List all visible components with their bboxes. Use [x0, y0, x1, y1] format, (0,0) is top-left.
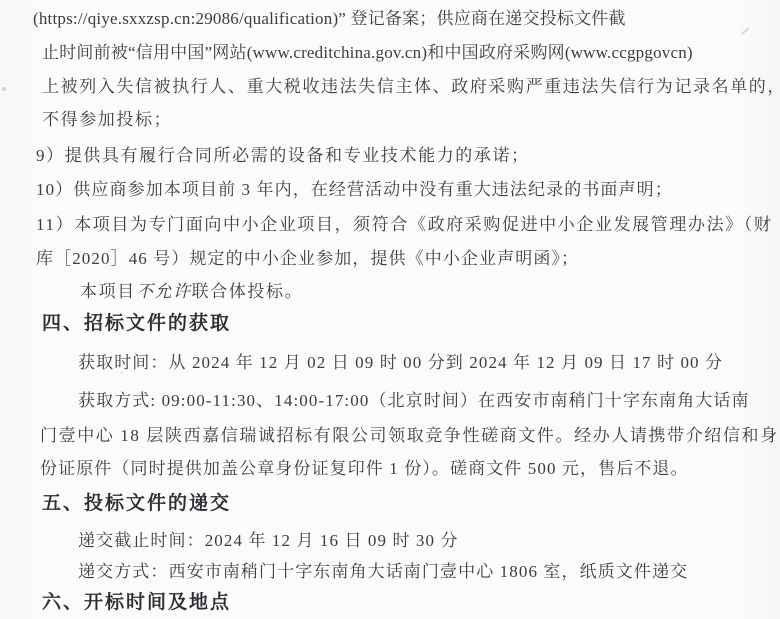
- doc-line-obtain-time: 获取时间：从 2024 年 12 月 02 日 09 时 00 分到 2024 …: [78, 351, 723, 374]
- doc-line-blacklist: 上被列入失信被执行人、重大税收违法失信主体、政府采购严重违法失信行为记录名单的，: [42, 75, 780, 98]
- doc-line-credit-websites: 止时间前被“信用中国”网站(www.creditchina.gov.cn)和中国…: [42, 41, 693, 64]
- doc-item-10: 10）供应商参加本项目前 3 年内，在经营活动中没有重大违法纪录的书面声明；: [36, 178, 673, 201]
- section-heading-bid-opening: 六、开标时间及地点: [42, 590, 231, 615]
- consortium-note-prefix: 本项目: [80, 282, 136, 301]
- doc-line-consortium-note: 本项目不允许联合体投标。: [80, 280, 303, 303]
- doc-line-obtain-method-2: 门壹中心 18 层陕西嘉信瑞诚招标有限公司领取竞争性磋商文件。经办人请携带介绍信…: [40, 424, 779, 447]
- doc-item-9: 9）提供具有履行合同所必需的设备和专业技术能力的承诺；: [36, 144, 530, 167]
- doc-item-11-line2: 库［2020］46 号）规定的中小企业参加，提供《中小企业声明函》；: [36, 247, 579, 270]
- section-heading-bid-submission: 五、投标文件的递交: [42, 491, 231, 516]
- section-heading-obtain-documents: 四、招标文件的获取: [42, 311, 231, 336]
- scan-speck: [120, 371, 123, 374]
- doc-line-submission-method: 递交方式：西安市南稍门十字东南角大话南门壹中心 1806 室，纸质文件递交: [78, 560, 688, 583]
- consortium-note-emphasis: 不允许: [136, 282, 192, 301]
- scanned-tender-document-page: (https://qiye.sxxzsp.cn:29086/qualificat…: [0, 0, 780, 619]
- consortium-note-suffix: 联合体投标。: [192, 282, 304, 301]
- doc-line-obtain-method-1: 获取方式: 09:00-11:30、14:00-17:00（北京时间）在西安市南…: [78, 389, 750, 412]
- scan-speck: [741, 27, 749, 34]
- doc-line-registration-url: (https://qiye.sxxzsp.cn:29086/qualificat…: [33, 7, 626, 30]
- doc-line-submission-deadline: 递交截止时间：2024 年 12 月 16 日 09 时 30 分: [78, 529, 459, 552]
- doc-item-11-line1: 11）本项目为专门面向中小企业项目，须符合《政府采购促进中小企业发展管理办法》（…: [36, 213, 772, 236]
- doc-line-no-bidding: 不得参加投标；: [42, 108, 172, 131]
- doc-line-obtain-method-3: 份证原件（同时提供加盖公章身份证复印件 1 份）。磋商文件 500 元，售后不退…: [40, 457, 689, 480]
- scan-speck: [2, 87, 6, 91]
